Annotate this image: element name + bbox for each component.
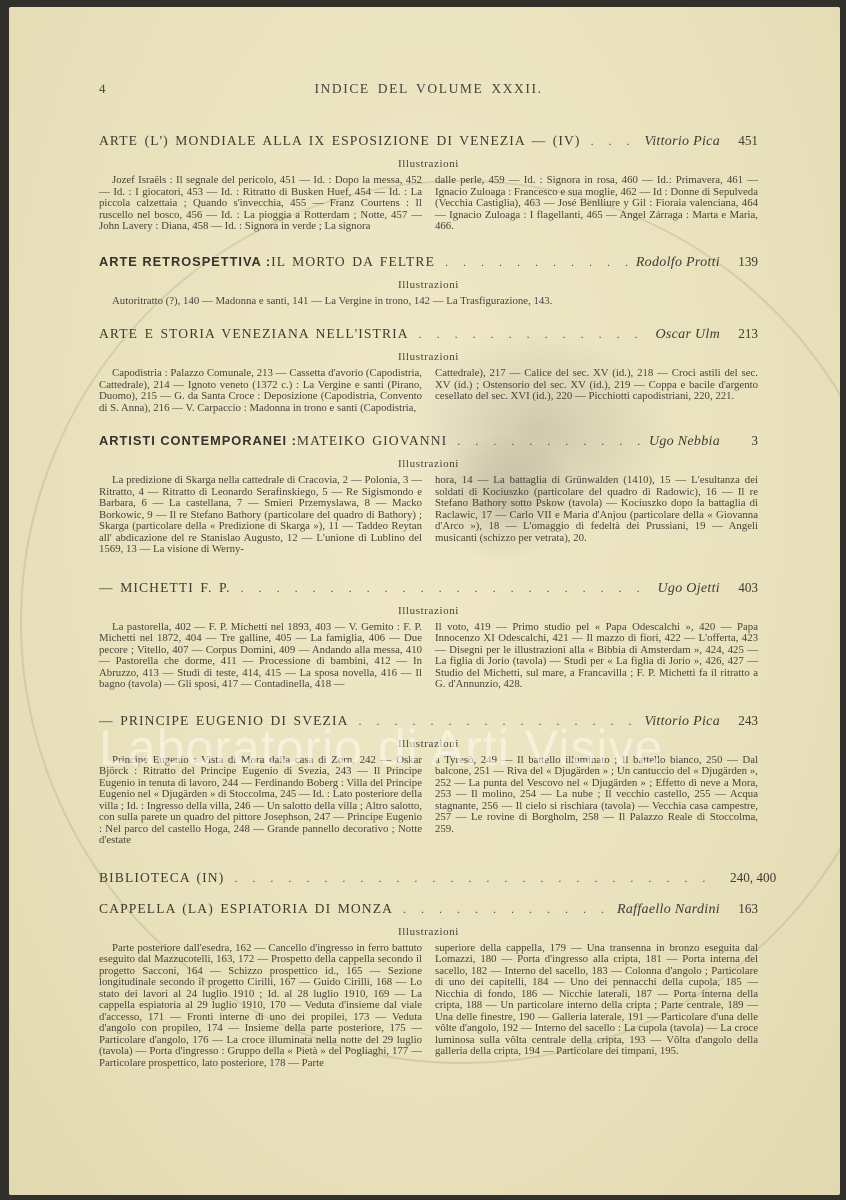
illustration-list: La predizione di Skarga nella cattedrale… xyxy=(99,475,758,556)
index-entry: ARTE RETROSPETTIVA : IL MORTO DA FELTRE … xyxy=(99,254,758,308)
entry-title-strong: ARTE RETROSPETTIVA : xyxy=(99,254,271,269)
book-page: 4 INDICE DEL VOLUME XXXII. ARTE (L') MON… xyxy=(9,7,840,1195)
author-name: Oscar Ulm xyxy=(655,327,720,343)
index-entry: — PRINCIPE EUGENIO DI SVEZIA . . . . . .… xyxy=(99,713,758,847)
scanned-page-background: 4 INDICE DEL VOLUME XXXII. ARTE (L') MON… xyxy=(0,0,846,1200)
index-entry: BIBLIOTECA (IN) . . . . . . . . . . . . … xyxy=(99,870,758,886)
column-right: dalle perle, 459 — Id. : Signora in rosa… xyxy=(435,175,758,233)
entry-title: IL MORTO DA FELTRE xyxy=(271,254,435,270)
column-right: hora, 14 — La battaglia di Grünwalden (1… xyxy=(435,475,758,556)
entry-page-number: 163 xyxy=(730,901,758,917)
author-name: Rodolfo Protti xyxy=(636,255,720,271)
illustrations-label: Illustrazioni xyxy=(99,351,758,363)
column-right: Cattedrale), 217 — Calice del sec. XV (i… xyxy=(435,368,758,414)
column-right: superiore della cappella, 179 — Una tran… xyxy=(435,943,758,1070)
dot-leader: . . . . . . . . . . . . . . . . . . . . … xyxy=(403,902,609,917)
entry-page-number: 139 xyxy=(730,254,758,270)
dot-leader: . . . . . . . . . . . . . . . . . . . . … xyxy=(234,871,712,886)
dot-leader: . . . . . . . . . . . . . . . . . . . . … xyxy=(457,434,641,449)
entry-page-number: 451 xyxy=(730,133,758,149)
page-content: 4 INDICE DEL VOLUME XXXII. ARTE (L') MON… xyxy=(9,7,840,1069)
index-entry: CAPPELLA (LA) ESPIATORIA DI MONZA . . . … xyxy=(99,901,758,1070)
index-entry: ARTE E STORIA VENEZIANA NELL'ISTRIA . . … xyxy=(99,326,758,414)
illustrations-label: Illustrazioni xyxy=(99,458,758,470)
illustrations-label: Illustrazioni xyxy=(99,158,758,170)
dot-leader: . . . . . . . . . . . . . . . . . . . . … xyxy=(241,581,650,596)
entry-title: — MICHETTI F. P. xyxy=(99,580,231,596)
entry-page-number: 3 xyxy=(730,433,758,449)
illustrations-label: Illustrazioni xyxy=(99,926,758,938)
dot-leader: . . . . . . . . . . . . . . . . . . . . … xyxy=(445,255,628,270)
page-header: 4 INDICE DEL VOLUME XXXII. xyxy=(99,81,758,99)
column-left: Parte posteriore dall'esedra, 162 — Canc… xyxy=(99,943,422,1070)
author-name: Vittorio Pica xyxy=(644,134,720,150)
entry-heading: — MICHETTI F. P. . . . . . . . . . . . .… xyxy=(99,580,758,597)
entry-heading: ARTISTI CONTEMPORANEI : MATEIKO GIOVANNI… xyxy=(99,433,758,450)
illustration-list: La pastorella, 402 — F. P. Michetti nel … xyxy=(99,622,758,691)
entry-heading: ARTE RETROSPETTIVA : IL MORTO DA FELTRE … xyxy=(99,254,758,271)
dot-leader: . . . . . . . . . . . . . . . . . . . . … xyxy=(591,134,637,149)
column-left: La predizione di Skarga nella cattedrale… xyxy=(99,475,422,556)
column-left: Capodistria : Palazzo Comunale, 213 — Ca… xyxy=(99,368,422,414)
index-entry: ARTE (L') MONDIALE ALLA IX ESPOSIZIONE D… xyxy=(99,133,758,233)
author-name: Ugo Nebbia xyxy=(649,434,720,450)
page-title: INDICE DEL VOLUME XXXII. xyxy=(99,81,758,97)
dot-leader: . . . . . . . . . . . . . . . . . . . . … xyxy=(359,714,637,729)
entry-heading: BIBLIOTECA (IN) . . . . . . . . . . . . … xyxy=(99,870,758,886)
illustration-list: Principe Eugenio : Vista di Mora dalla c… xyxy=(99,755,758,847)
index-entry: ARTISTI CONTEMPORANEI : MATEIKO GIOVANNI… xyxy=(99,433,758,556)
illustrations-label: Illustrazioni xyxy=(99,738,758,750)
entry-title: BIBLIOTECA (IN) xyxy=(99,870,224,886)
illustration-list: Autoritratto (?), 140 — Madonna e santi,… xyxy=(99,296,758,308)
author-name: Ugo Ojetti xyxy=(658,581,721,597)
entry-page-number: 243 xyxy=(730,713,758,729)
author-name: Vittorio Pica xyxy=(644,714,720,730)
illustration-list: Capodistria : Palazzo Comunale, 213 — Ca… xyxy=(99,368,758,414)
column-left: La pastorella, 402 — F. P. Michetti nel … xyxy=(99,622,422,691)
entry-heading: ARTE E STORIA VENEZIANA NELL'ISTRIA . . … xyxy=(99,326,758,343)
column-right: Il voto, 419 — Primo studio pel « Papa O… xyxy=(435,622,758,691)
illustration-list: Jozef Israëls : Il segnale del pericolo,… xyxy=(99,175,758,233)
entry-heading: ARTE (L') MONDIALE ALLA IX ESPOSIZIONE D… xyxy=(99,133,758,150)
column-right: a Tyresö, 249 — Il battello illuminato ;… xyxy=(435,755,758,847)
entry-title: MATEIKO GIOVANNI xyxy=(297,433,447,449)
column-left: Principe Eugenio : Vista di Mora dalla c… xyxy=(99,755,422,847)
author-name: Raffaello Nardini xyxy=(617,902,720,918)
entry-title: ARTE E STORIA VENEZIANA NELL'ISTRIA xyxy=(99,326,409,342)
illustration-list: Parte posteriore dall'esedra, 162 — Canc… xyxy=(99,943,758,1070)
entry-title: CAPPELLA (LA) ESPIATORIA DI MONZA xyxy=(99,901,393,917)
dot-leader: . . . . . . . . . . . . . . . . . . . . … xyxy=(419,327,648,342)
entry-title: — PRINCIPE EUGENIO DI SVEZIA xyxy=(99,713,349,729)
entry-heading: CAPPELLA (LA) ESPIATORIA DI MONZA . . . … xyxy=(99,901,758,918)
entry-title-strong: ARTISTI CONTEMPORANEI : xyxy=(99,433,297,448)
entry-page-number: 240, 400 xyxy=(730,870,758,886)
entry-page-number: 213 xyxy=(730,326,758,342)
entry-title: ARTE (L') MONDIALE ALLA IX ESPOSIZIONE D… xyxy=(99,133,581,149)
column-left: Jozef Israëls : Il segnale del pericolo,… xyxy=(99,175,422,233)
entry-page-number: 403 xyxy=(730,580,758,596)
illustrations-label: Illustrazioni xyxy=(99,279,758,291)
illustrations-label: Illustrazioni xyxy=(99,605,758,617)
entry-heading: — PRINCIPE EUGENIO DI SVEZIA . . . . . .… xyxy=(99,713,758,730)
index-entry: — MICHETTI F. P. . . . . . . . . . . . .… xyxy=(99,580,758,691)
